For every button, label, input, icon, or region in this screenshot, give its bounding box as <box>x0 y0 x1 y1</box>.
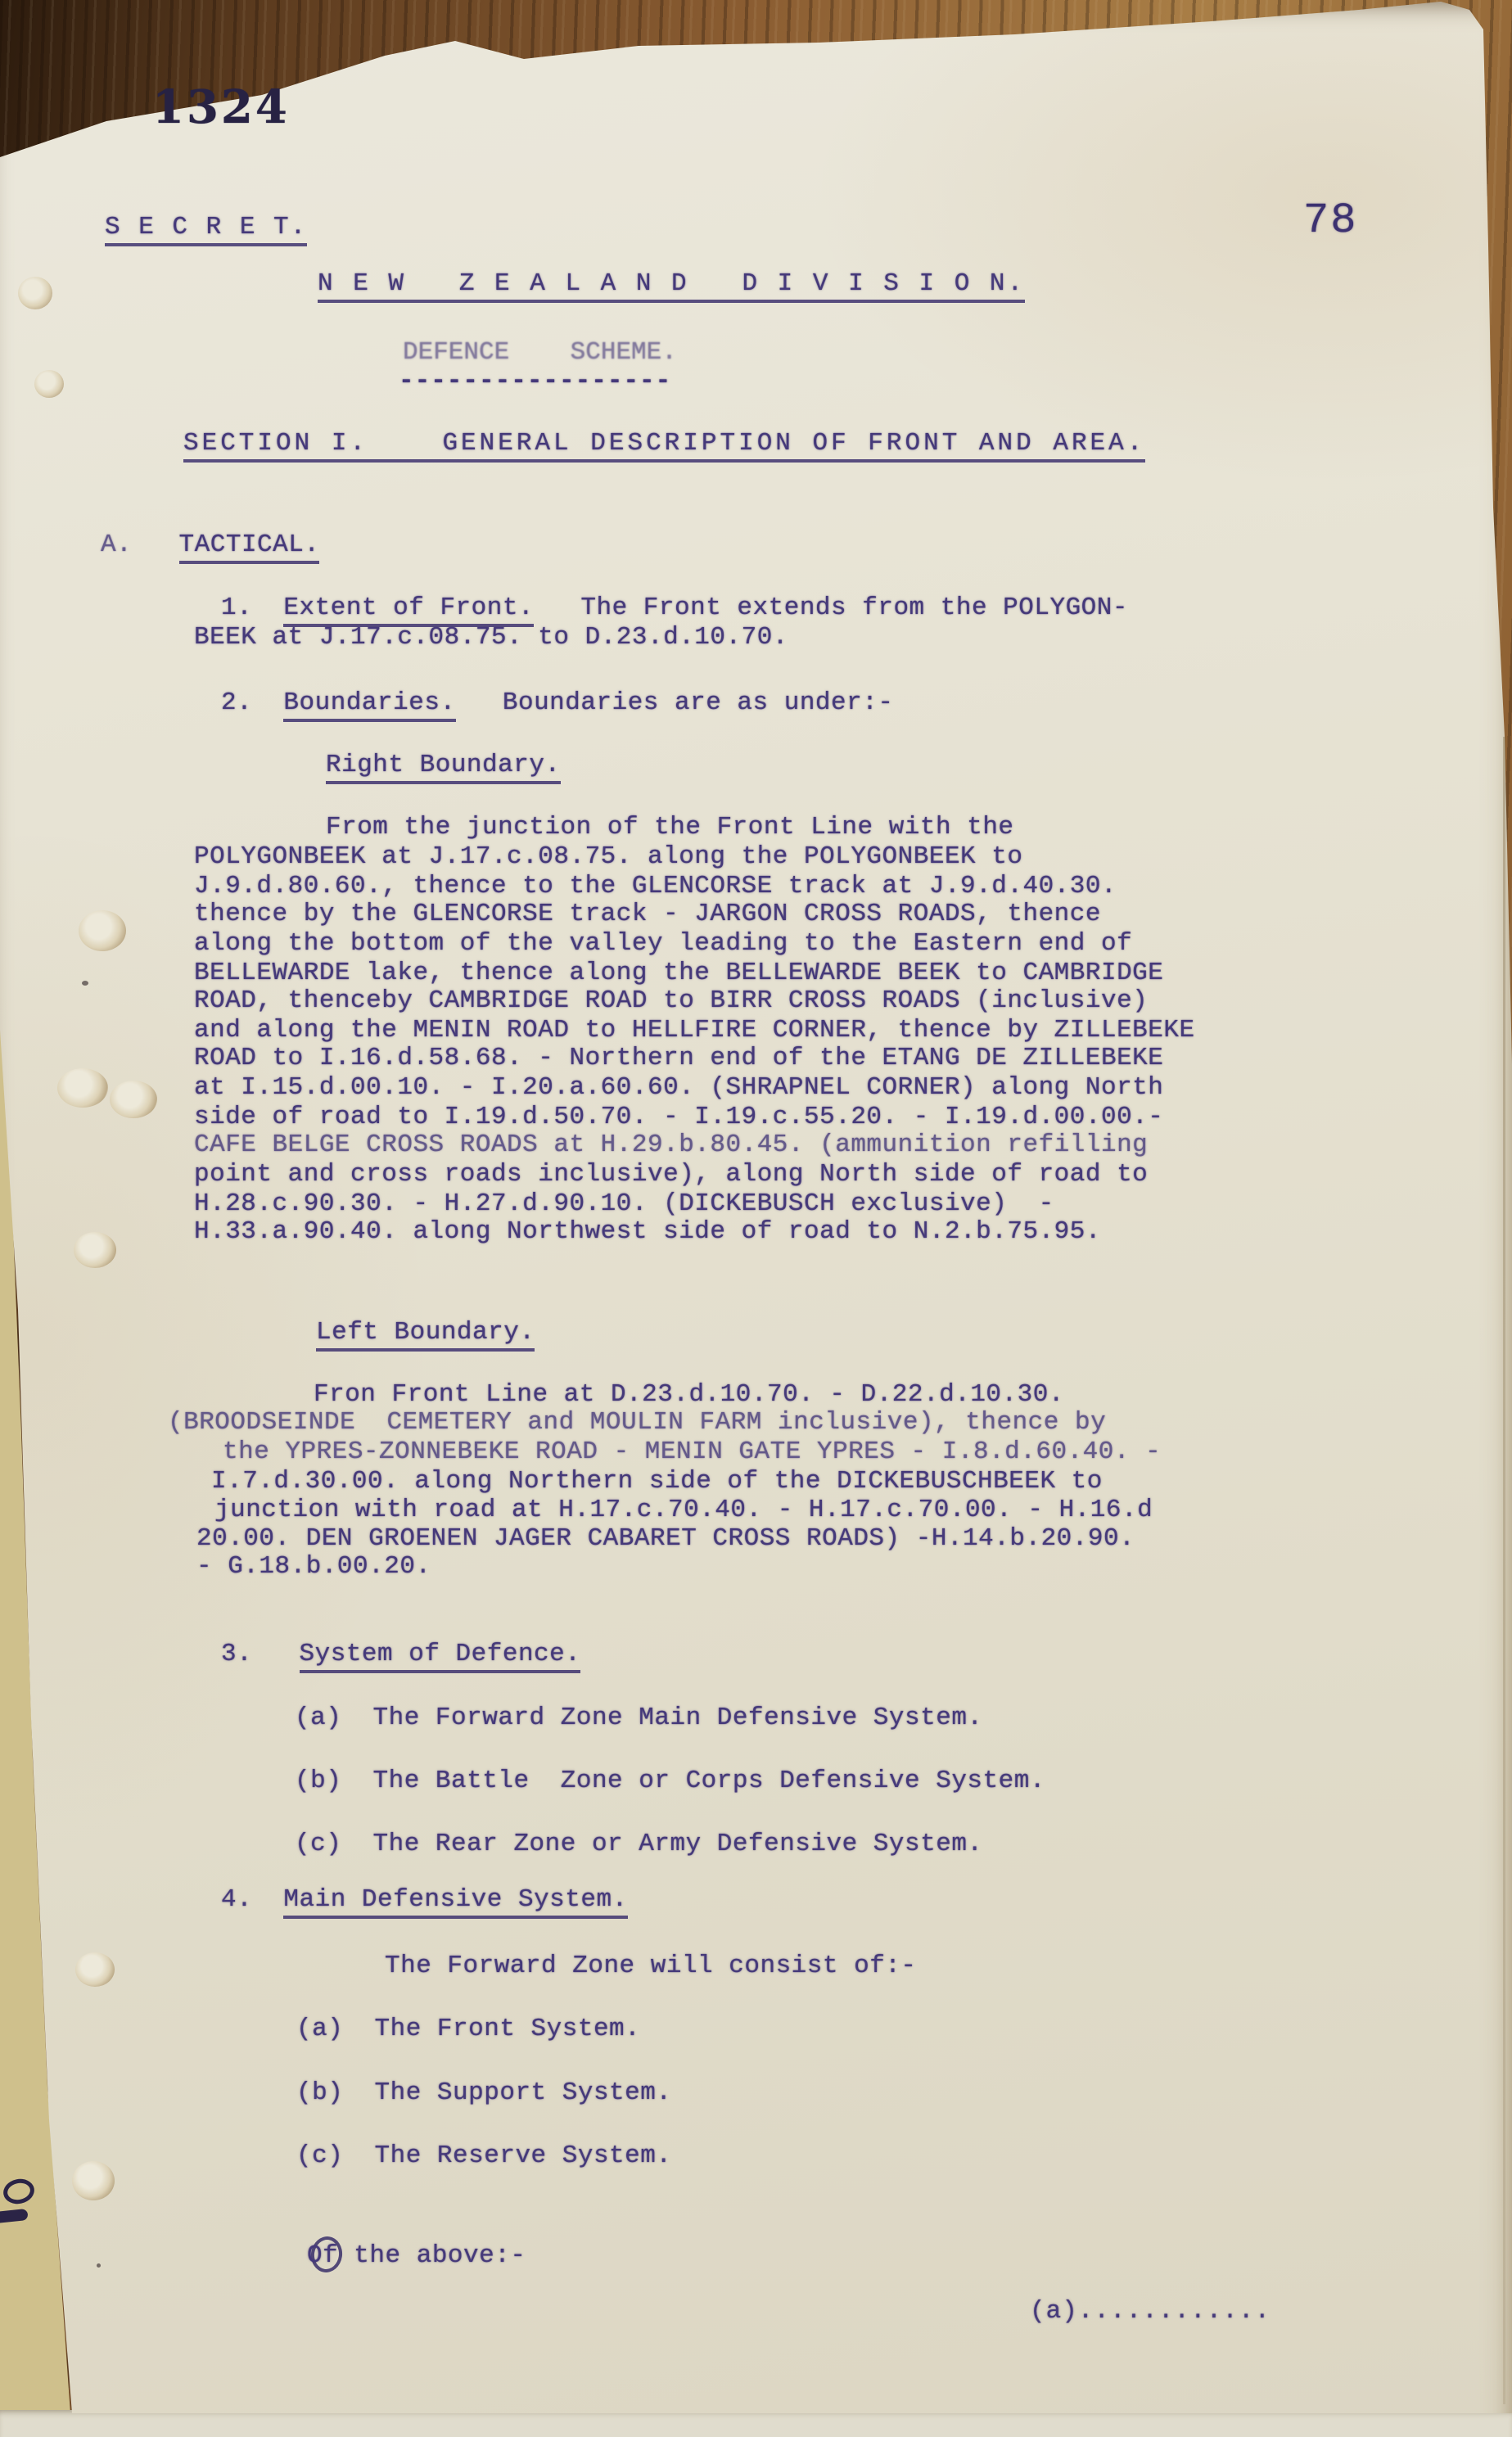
text-segment <box>132 530 178 559</box>
text-line: (a) The Front System. <box>296 2015 640 2043</box>
text-line: 1. Extent of Front. The Front extends fr… <box>221 593 1128 622</box>
classification-text: S E C R E T. <box>105 213 307 246</box>
text-segment: BEEK at J.17.c.08.75. to D.23.d.10.70. <box>194 623 788 652</box>
text-line: Left Boundary. <box>316 1318 535 1347</box>
text-segment: junction with road at H.17.c.70.40. - H.… <box>214 1496 1153 1524</box>
text-line: A. TACTICAL. <box>101 530 319 559</box>
text-line: Right Boundary. <box>326 751 561 779</box>
text-segment: point and cross roads inclusive), along … <box>194 1160 1148 1189</box>
text-line: 20.00. DEN GROENEN JAGER CABARET CROSS R… <box>196 1524 1135 1553</box>
text-line: point and cross roads inclusive), along … <box>194 1160 1148 1189</box>
document-title-text: N E W Z E A L A N D D I V I S I O N. <box>318 269 1025 303</box>
text-segment: Of the above:- <box>307 2241 526 2270</box>
text-line: and along the MENIN ROAD to HELLFIRE COR… <box>194 1016 1195 1045</box>
text-segment: 4. <box>221 1885 283 1914</box>
text-segment: H.33.a.90.40. along Northwest side of ro… <box>194 1217 1101 1246</box>
text-line: Fron Front Line at D.23.d.10.70. - D.22.… <box>314 1380 1064 1409</box>
text-segment: (a) The Front System. <box>296 2015 640 2043</box>
section-heading: SECTION I. GENERAL DESCRIPTION OF FRONT … <box>183 429 1145 458</box>
text-line: The Forward Zone will consist of:- <box>385 1952 917 1980</box>
text-segment: 3. <box>221 1640 300 1668</box>
text-line: at I.15.d.00.10. - I.20.a.60.60. (SHRAPN… <box>194 1073 1163 1102</box>
text-line: (c) The Rear Zone or Army Defensive Syst… <box>295 1830 983 1858</box>
text-segment: Fron Front Line at D.23.d.10.70. - D.22.… <box>314 1380 1064 1409</box>
text-line: From the junction of the Front Line with… <box>326 813 1014 842</box>
text-segment: 1. <box>221 593 283 622</box>
text-segment: I.7.d.30.00. along Northern side of the … <box>211 1467 1103 1496</box>
text-line: H.33.a.90.40. along Northwest side of ro… <box>194 1217 1101 1246</box>
text-segment: (c) The Reserve System. <box>296 2141 671 2170</box>
page-number: 78 <box>1303 196 1357 245</box>
document-page: 1324 78 S E C R E T. N E W Z E A L A N D… <box>0 0 1512 2437</box>
typewritten-text-layer: 1324 78 S E C R E T. N E W Z E A L A N D… <box>0 0 1512 2437</box>
text-line: (b) The Support System. <box>296 2078 671 2107</box>
catchword: (a)............ <box>1030 2297 1271 2326</box>
text-line: the YPRES-ZONNEBEKE ROAD - MENIN GATE YP… <box>223 1437 1161 1466</box>
classification-label: S E C R E T. <box>105 213 307 241</box>
underlined-text: Extent of Front. <box>283 593 534 627</box>
text-line: ROAD, thenceby CAMBRIDGE ROAD to BIRR CR… <box>194 986 1148 1015</box>
text-line: 4. Main Defensive System. <box>221 1885 628 1914</box>
document-title: N E W Z E A L A N D D I V I S I O N. <box>318 269 1025 298</box>
text-segment: side of road to I.19.d.50.70. - I.19.c.5… <box>194 1103 1163 1131</box>
text-line: H.28.c.90.30. - H.27.d.90.10. (DICKEBUSC… <box>194 1189 1054 1218</box>
text-line: 3. System of Defence. <box>221 1640 580 1668</box>
text-line: thence by the GLENCORSE track - JARGON C… <box>194 900 1101 928</box>
text-segment: and along the MENIN ROAD to HELLFIRE COR… <box>194 1016 1195 1045</box>
text-line: Of the above:- <box>307 2241 526 2270</box>
text-segment: J.9.d.80.60., thence to the GLENCORSE tr… <box>194 872 1117 900</box>
text-line: (a) The Forward Zone Main Defensive Syst… <box>295 1704 983 1732</box>
text-segment: (a) The Forward Zone Main Defensive Syst… <box>295 1704 983 1732</box>
text-segment: The Front extends from the POLYGON- <box>534 593 1128 622</box>
text-segment: (c) The Rear Zone or Army Defensive Syst… <box>295 1830 983 1858</box>
text-segment: 20.00. DEN GROENEN JAGER CABARET CROSS R… <box>196 1524 1135 1553</box>
text-segment: the YPRES-ZONNEBEKE ROAD - MENIN GATE YP… <box>223 1437 1161 1466</box>
text-segment: ROAD, thenceby CAMBRIDGE ROAD to BIRR CR… <box>194 986 1148 1015</box>
text-segment: CAFE BELGE CROSS ROADS at H.29.b.80.45. … <box>194 1130 1148 1159</box>
text-segment: H.28.c.90.30. - H.27.d.90.10. (DICKEBUSC… <box>194 1189 1054 1218</box>
text-segment: 2. <box>221 688 283 717</box>
text-segment: Boundaries are as under:- <box>456 688 894 717</box>
text-line: J.9.d.80.60., thence to the GLENCORSE tr… <box>194 872 1117 900</box>
text-segment: From the junction of the Front Line with… <box>326 813 1014 842</box>
text-line: - G.18.b.00.20. <box>196 1552 431 1581</box>
underlined-text: Right Boundary. <box>326 751 561 784</box>
text-line: (c) The Reserve System. <box>296 2141 671 2170</box>
text-segment: - G.18.b.00.20. <box>196 1552 431 1581</box>
text-line: I.7.d.30.00. along Northern side of the … <box>211 1467 1103 1496</box>
text-line: 2. Boundaries. Boundaries are as under:- <box>221 688 893 717</box>
document-subtitle: DEFENCE SCHEME. <box>403 338 677 367</box>
underlined-text: Left Boundary. <box>316 1318 535 1352</box>
text-segment: BELLEWARDE lake, thence along the BELLEW… <box>194 959 1163 987</box>
text-segment: (b) The Battle Zone or Corps Defensive S… <box>295 1767 1045 1795</box>
text-line: (BROODSEINDE CEMETERY and MOULIN FARM in… <box>168 1408 1106 1437</box>
subtitle-rule: ----------------- <box>399 367 671 395</box>
text-segment: POLYGONBEEK at J.17.c.08.75. along the P… <box>194 842 1022 871</box>
underlined-text: Main Defensive System. <box>283 1885 627 1919</box>
text-segment: (b) The Support System. <box>296 2078 671 2107</box>
underlined-text: TACTICAL. <box>179 530 320 564</box>
text-line: (b) The Battle Zone or Corps Defensive S… <box>295 1767 1045 1795</box>
text-segment: (BROODSEINDE CEMETERY and MOULIN FARM in… <box>168 1408 1106 1437</box>
text-segment: along the bottom of the valley leading t… <box>194 929 1132 958</box>
text-line: side of road to I.19.d.50.70. - I.19.c.5… <box>194 1103 1163 1131</box>
text-segment: ROAD to I.16.d.58.68. - Northern end of … <box>194 1044 1163 1072</box>
section-heading-text: SECTION I. GENERAL DESCRIPTION OF FRONT … <box>183 429 1145 463</box>
underlined-text: Boundaries. <box>283 688 455 722</box>
text-line: ROAD to I.16.d.58.68. - Northern end of … <box>194 1044 1163 1072</box>
text-line: POLYGONBEEK at J.17.c.08.75. along the P… <box>194 842 1022 871</box>
text-segment: at I.15.d.00.10. - I.20.a.60.60. (SHRAPN… <box>194 1073 1163 1102</box>
text-segment: A. <box>101 530 132 559</box>
text-line: junction with road at H.17.c.70.40. - H.… <box>214 1496 1153 1524</box>
text-line: BEEK at J.17.c.08.75. to D.23.d.10.70. <box>194 623 788 652</box>
underlined-text: System of Defence. <box>300 1640 581 1673</box>
folio-stamp-number: 1324 <box>152 80 290 134</box>
text-segment: The Forward Zone will consist of:- <box>385 1952 917 1980</box>
text-line: CAFE BELGE CROSS ROADS at H.29.b.80.45. … <box>194 1130 1148 1159</box>
text-segment: thence by the GLENCORSE track - JARGON C… <box>194 900 1101 928</box>
text-line: along the bottom of the valley leading t… <box>194 929 1132 958</box>
text-line: BELLEWARDE lake, thence along the BELLEW… <box>194 959 1163 987</box>
